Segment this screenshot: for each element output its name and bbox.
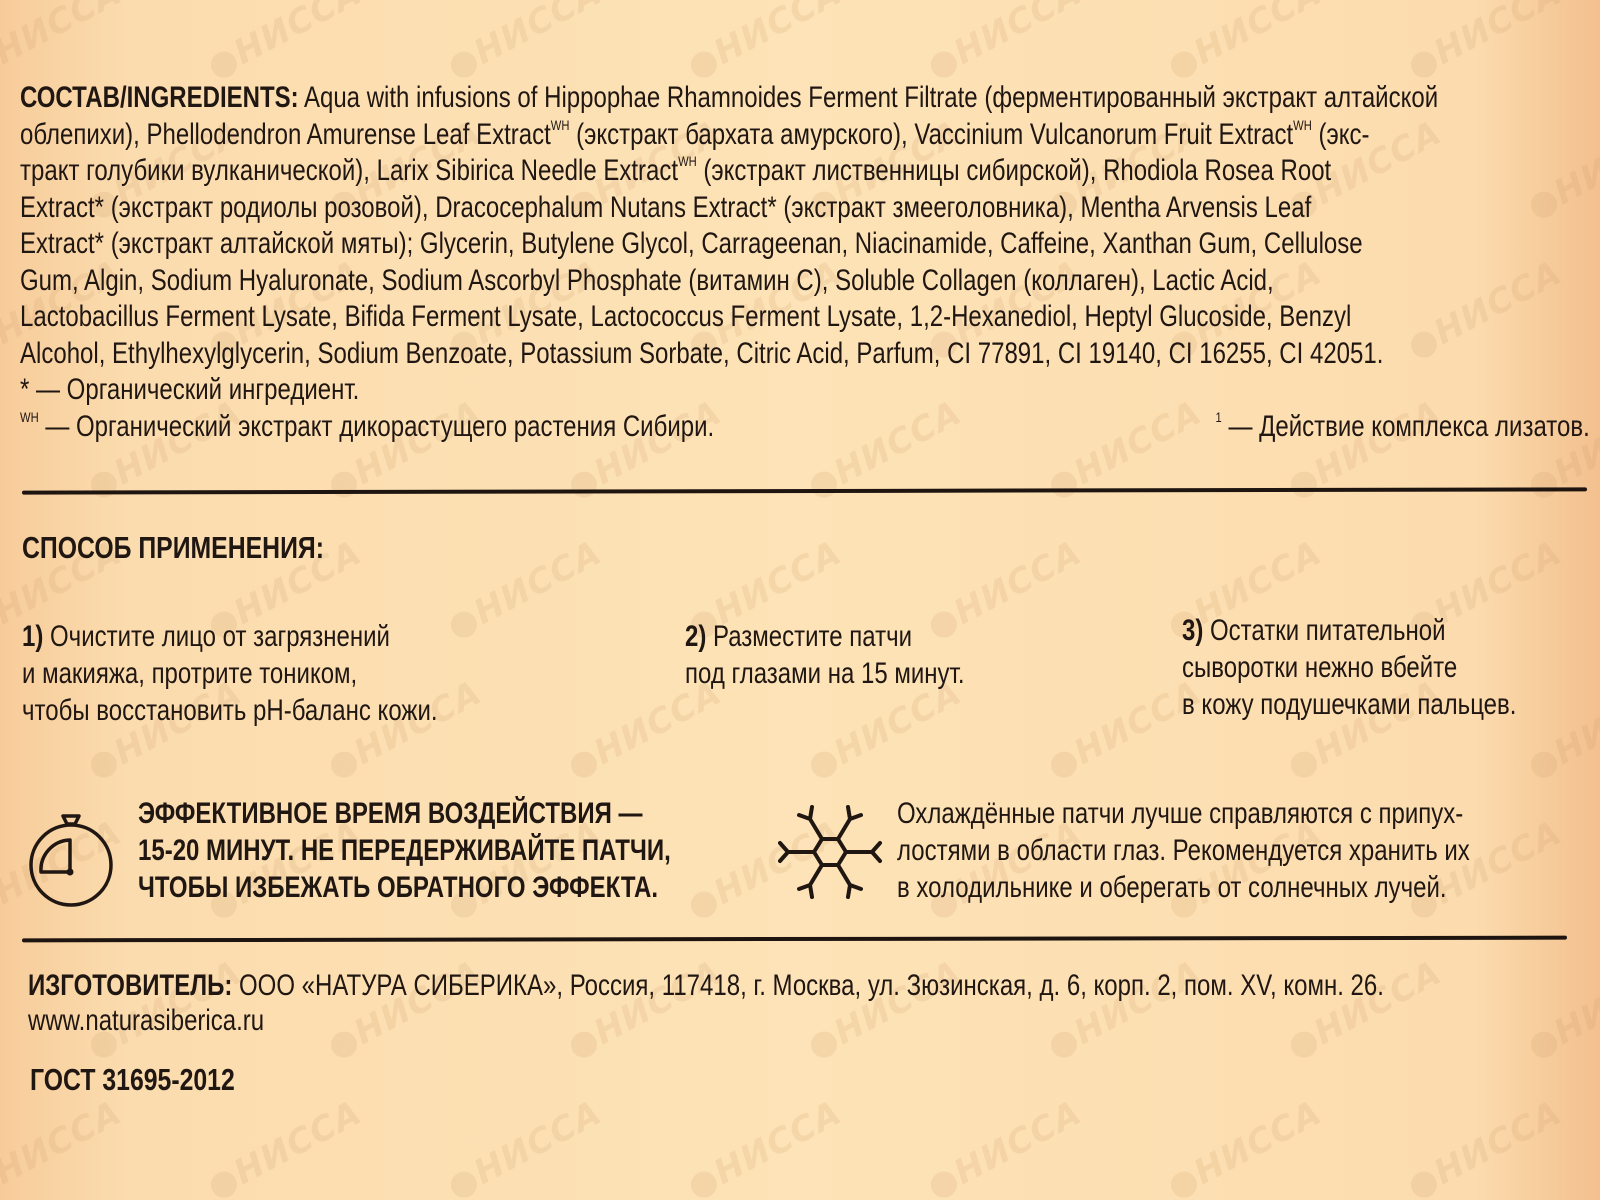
wh-mark: WH	[20, 409, 39, 425]
usage-step-2: 2) Разместите патчи под глазами на 15 ми…	[685, 618, 965, 692]
step-number: 1)	[22, 620, 43, 653]
package-label: СОСТАВ/INGREDIENTS: Aqua with infusions …	[20, 0, 1585, 1200]
ingredients-line: Extract* (экстракт родиолы розовой), Dra…	[20, 190, 1276, 227]
ingredients-line: облепихи), Phellodendron Amurense Leaf E…	[20, 117, 1276, 154]
wh-mark: WH	[551, 117, 570, 133]
usage-step-1: 1) Очистите лицо от загрязнений и макияж…	[22, 618, 438, 729]
timer-note: ЭФФЕКТИВНОЕ ВРЕМЯ ВОЗДЕЙСТВИЯ — 15-20 МИ…	[138, 795, 671, 906]
storage-note: Охлаждённые патчи лучше справляются с пр…	[897, 795, 1470, 906]
wh-mark: WH	[1293, 117, 1312, 133]
footnote-organic: * — Органический ингредиент.	[20, 372, 1276, 409]
ingredients-line: Alcohol, Ethylhexylglycerin, Sodium Benz…	[20, 336, 1276, 373]
step-number: 3)	[1182, 614, 1203, 647]
manufacturer-info: ИЗГОТОВИТЕЛЬ: ООО «НАТУРА СИБЕРИКА», Рос…	[28, 967, 1384, 1004]
manufacturer-address: ООО «НАТУРА СИБЕРИКА», Россия, 117418, г…	[232, 969, 1384, 1002]
ingredients-text: Aqua with infusions of Hippophae Rhamnoi…	[299, 81, 1438, 114]
ingredients-section: СОСТАВ/INGREDIENTS: Aqua with infusions …	[20, 80, 1590, 445]
ingredients-label: СОСТАВ/INGREDIENTS:	[20, 81, 299, 114]
manufacturer-label: ИЗГОТОВИТЕЛЬ:	[28, 969, 232, 1002]
gost-standard: ГОСТ 31695-2012	[30, 1062, 235, 1098]
stopwatch-icon	[26, 808, 116, 908]
ingredients-line: Gum, Algin, Sodium Hyaluronate, Sodium A…	[20, 263, 1276, 300]
footnotes-row: WH — Органический экстракт дикорастущего…	[20, 409, 1590, 446]
usage-step-3: 3) Остатки питательной сыворотки нежно в…	[1182, 612, 1516, 723]
wh-mark: WH	[678, 153, 697, 169]
step-number: 2)	[685, 620, 706, 653]
divider	[22, 936, 1567, 943]
usage-title: СПОСОБ ПРИМЕНЕНИЯ:	[22, 530, 324, 566]
ingredients-line: Lactobacillus Ferment Lysate, Bifida Fer…	[20, 299, 1276, 336]
ingredients-line: Extract* (экстракт алтайской мяты); Glyc…	[20, 226, 1276, 263]
divider	[22, 487, 1587, 494]
ingredients-line: СОСТАВ/INGREDIENTS: Aqua with infusions …	[20, 80, 1276, 117]
snowflake-icon	[777, 795, 887, 905]
website-link[interactable]: www.naturasiberica.ru	[28, 1004, 264, 1038]
footnote-wild-harvest: WH — Органический экстракт дикорастущего…	[20, 409, 1276, 446]
footnote-lysate: 1 — Действие комплекса лизатов.	[1122, 409, 1590, 446]
ingredients-line: тракт голубики вулканической), Larix Sib…	[20, 153, 1276, 190]
